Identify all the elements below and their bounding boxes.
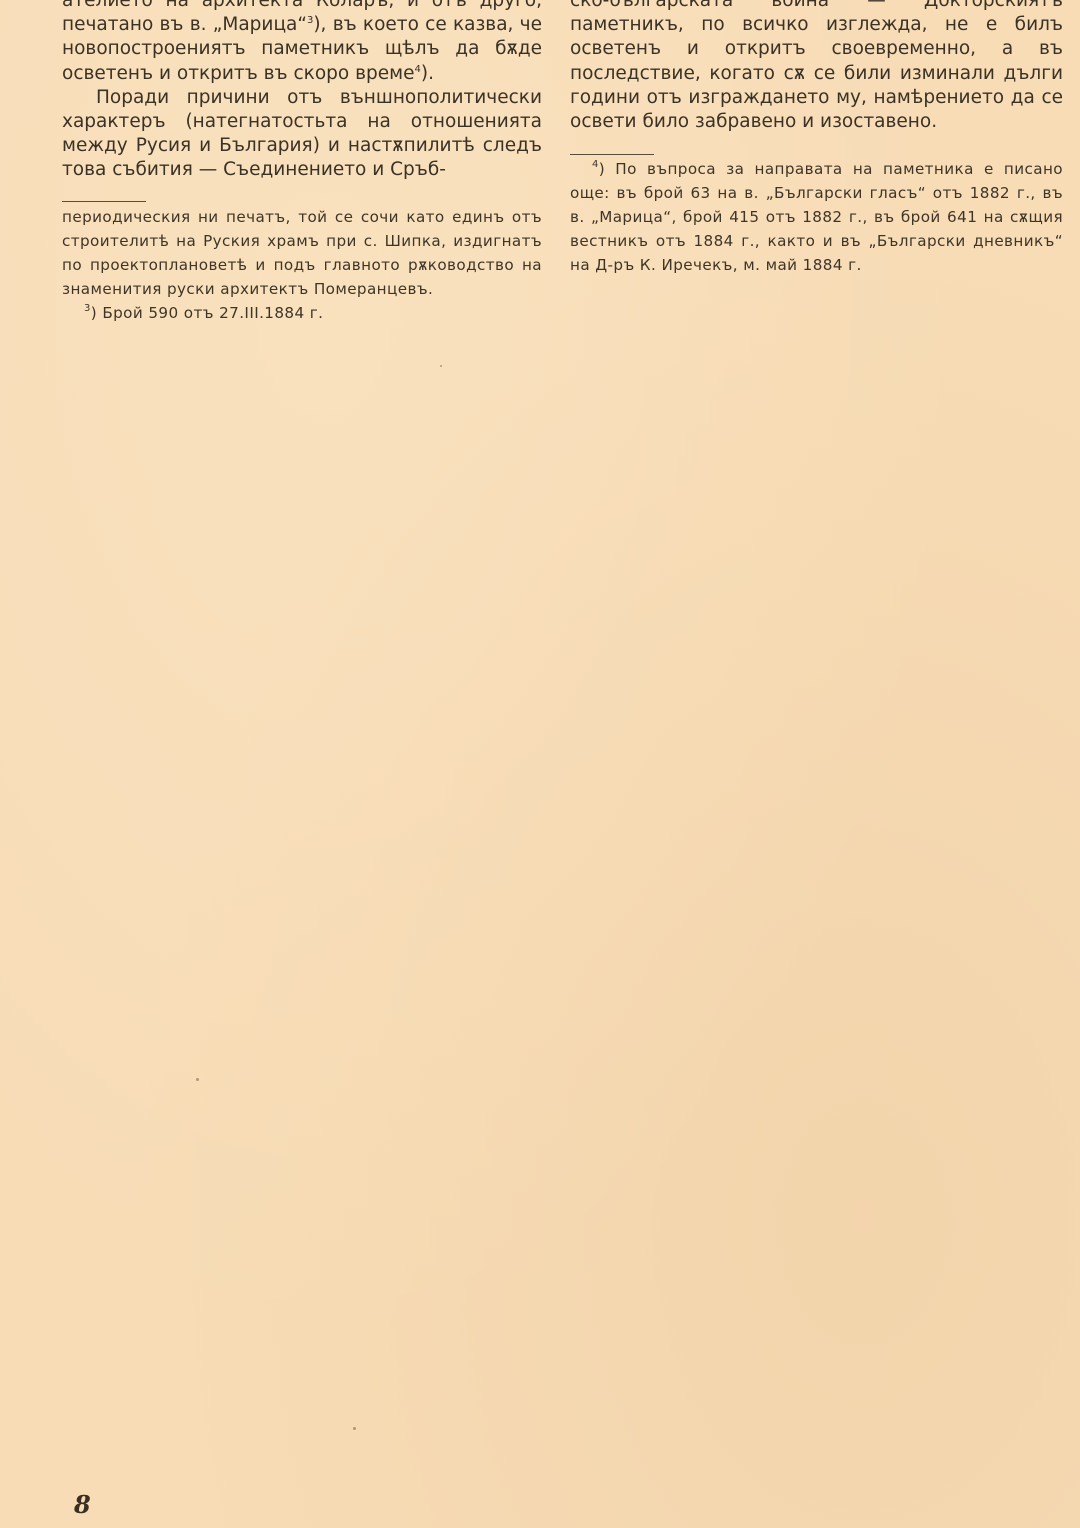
- footnote-3-text: ) Брой 590 отъ 27.III.1884 г.: [91, 304, 324, 322]
- paragraph-doctors-monument: ско-българската война — Докторскиятъ пам…: [570, 0, 1063, 134]
- footnote-4: 4) По въпроса за направата на паметника …: [570, 157, 1063, 277]
- paper-speck: [353, 1427, 356, 1430]
- footnote-divider: [62, 201, 146, 202]
- right-column: ско-българската война — Докторскиятъ пам…: [570, 0, 1063, 277]
- page-number: 8: [74, 1490, 91, 1519]
- paragraph-text: ).: [421, 63, 434, 84]
- paper-speck: [196, 1078, 199, 1081]
- paragraph-architect-kolar: ателието на архитекта Коларъ, и отъ друг…: [62, 0, 542, 86]
- footnote-divider: [570, 154, 654, 155]
- left-column: ателието на архитекта Коларъ, и отъ друг…: [62, 0, 542, 325]
- paper-speck: [440, 365, 442, 367]
- footnote-continuation: периодическия ни печатъ, той се сочи кат…: [62, 205, 542, 301]
- footnote-3: 3) Брой 590 отъ 27.III.1884 г.: [62, 301, 542, 325]
- footnote-4-marker: 4: [592, 159, 599, 170]
- footnote-4-text: ) По въпроса за направата на паметника е…: [570, 160, 1063, 274]
- paragraph-foreign-policy: Поради причини отъ външнополитически хар…: [62, 86, 542, 183]
- footnote-3-marker: 3: [84, 303, 91, 314]
